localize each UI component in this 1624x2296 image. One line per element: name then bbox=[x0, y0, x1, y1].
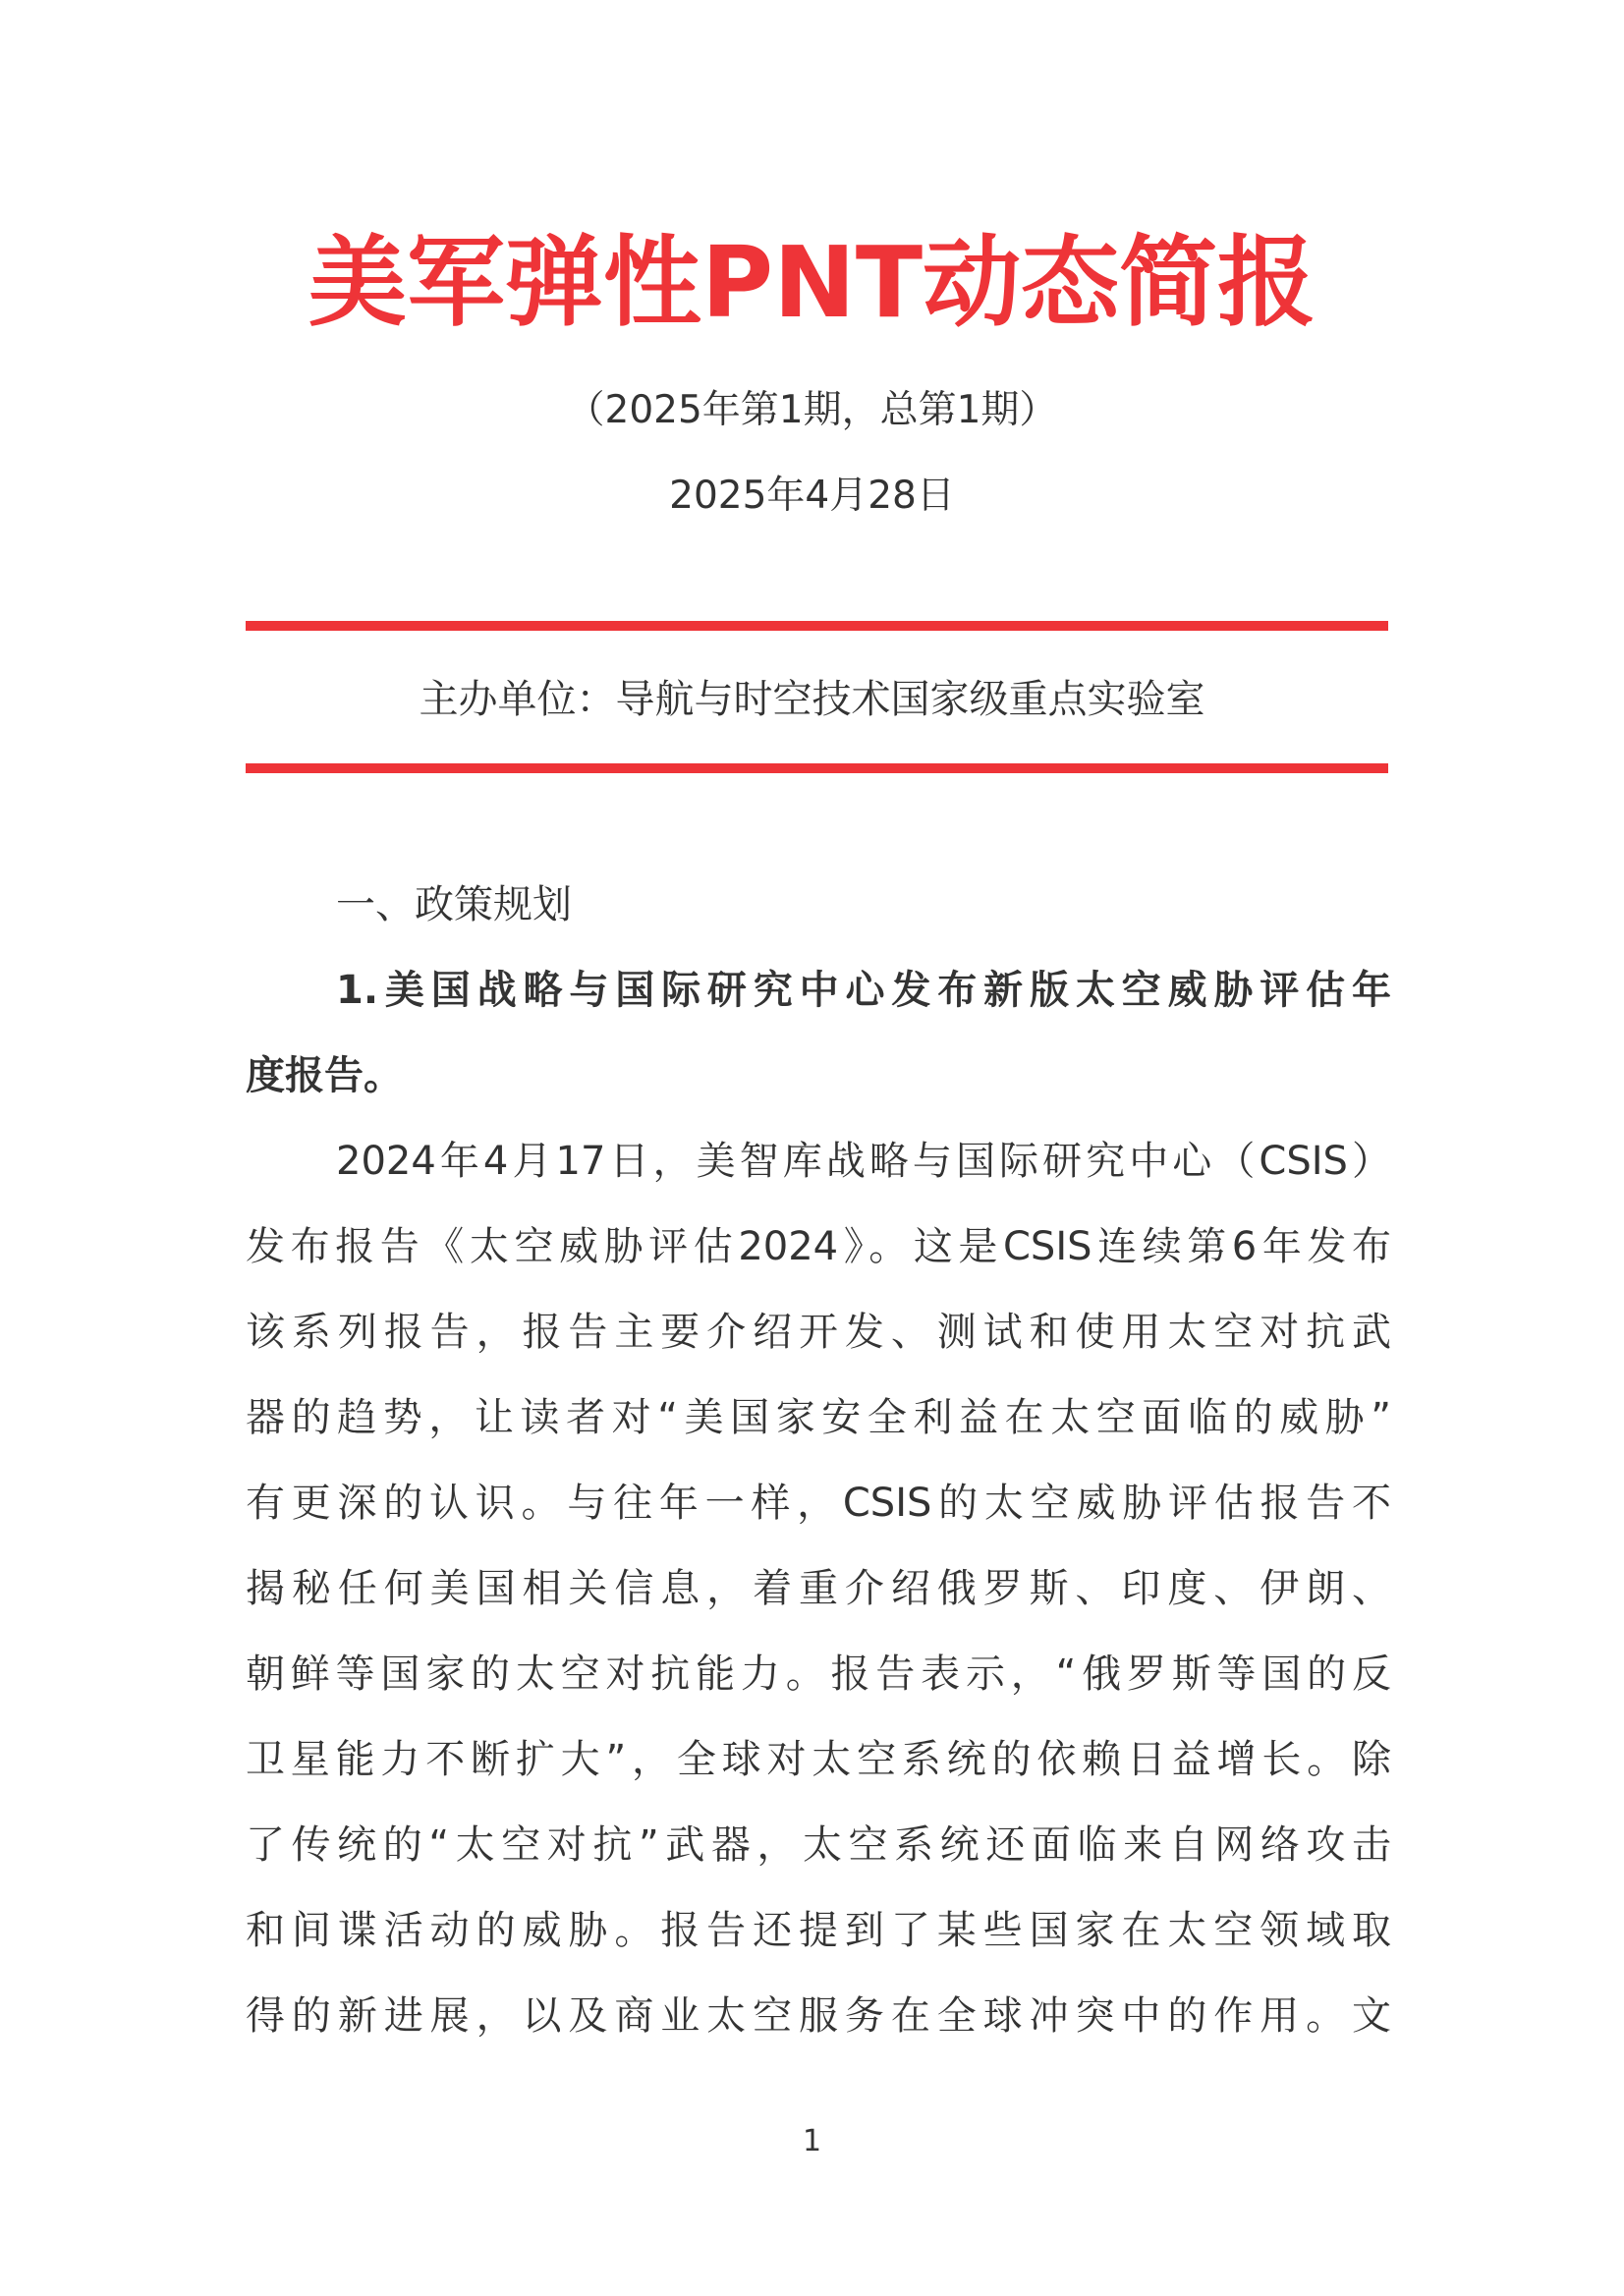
body-line: 该系列报告，报告主要介绍开发、测试和使用太空对抗武 bbox=[246, 1300, 1391, 1385]
top-red-divider bbox=[246, 621, 1388, 631]
body-line: 有更深的认识。与往年一样，CSIS的太空威胁评估报告不 bbox=[246, 1471, 1391, 1556]
body-line: 发布报告《太空威胁评估2024》。这是CSIS连续第6年发布 bbox=[246, 1214, 1391, 1300]
body-line: 2024年4月17日，美智库战略与国际研究中心（CSIS） bbox=[246, 1129, 1391, 1214]
section-heading: 一、政策规划 bbox=[246, 872, 1391, 958]
body-line: 揭秘任何美国相关信息，着重介绍俄罗斯、印度、伊朗、 bbox=[246, 1556, 1391, 1642]
item-title-line: 1.美国战略与国际研究中心发布新版太空威胁评估年 bbox=[246, 958, 1391, 1043]
bottom-red-divider bbox=[246, 763, 1388, 773]
body-line: 和间谍活动的威胁。报告还提到了某些国家在太空领域取 bbox=[246, 1898, 1391, 1984]
issue-number: （2025年第1期，总第1期） bbox=[0, 383, 1624, 438]
body-line: 器的趋势，让读者对“美国家安全利益在太空面临的威胁” bbox=[246, 1385, 1391, 1471]
body-line: 卫星能力不断扩大”，全球对太空系统的依赖日益增长。除 bbox=[246, 1727, 1391, 1813]
body-line: 朝鲜等国家的太空对抗能力。报告表示，“俄罗斯等国的反 bbox=[246, 1642, 1391, 1727]
item-title-line: 度报告。 bbox=[246, 1043, 1391, 1129]
document-page: 美军弹性PNT动态简报 （2025年第1期，总第1期） 2025年4月28日 主… bbox=[0, 0, 1624, 2296]
page-number: 1 bbox=[0, 2122, 1624, 2161]
organizer-line: 主办单位：导航与时空技术国家级重点实验室 bbox=[0, 671, 1624, 728]
body-line: 得的新进展，以及商业太空服务在全球冲突中的作用。文 bbox=[246, 1984, 1391, 2069]
publication-date: 2025年4月28日 bbox=[0, 469, 1624, 524]
body-content: 一、政策规划 1.美国战略与国际研究中心发布新版太空威胁评估年 度报告。 202… bbox=[246, 872, 1391, 2069]
bulletin-title: 美军弹性PNT动态简报 bbox=[0, 224, 1624, 342]
body-line: 了传统的“太空对抗”武器，太空系统还面临来自网络攻击 bbox=[246, 1813, 1391, 1898]
